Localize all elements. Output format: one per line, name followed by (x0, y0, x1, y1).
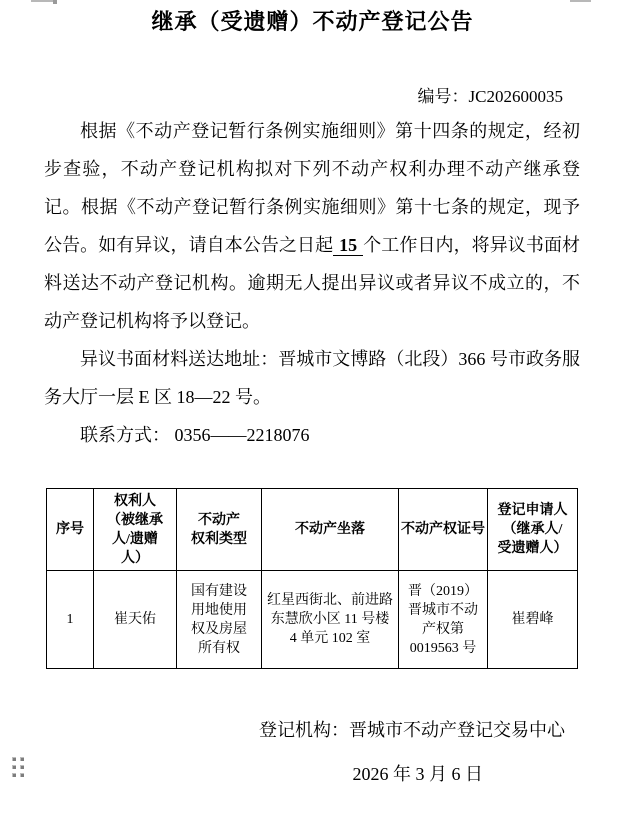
cell-cert-no: 晋（2019） 晋城市不动 产权第 0019563 号 (399, 571, 488, 669)
objection-days-value: 15 (333, 235, 363, 256)
drag-handle-icon[interactable] (12, 757, 24, 777)
doc-number: 编号：JC202600035 (0, 88, 625, 106)
cell-applicant: 崔碧峰 (488, 571, 578, 669)
ruler-fragment-left-icon (31, 0, 53, 2)
paragraph-address: 异议书面材料送达地址：晋城市文博路（北段）366 号市政务服务大厅一层 E 区 … (44, 340, 580, 416)
table-row: 1 崔天佑 国有建设 用地使用 权及房屋 所有权 红星西街北、前进路 东慧欣小区… (47, 571, 578, 669)
header-location: 不动产坐落 (262, 489, 399, 571)
cell-holder: 崔天佑 (94, 571, 177, 669)
cell-right-type: 国有建设 用地使用 权及房屋 所有权 (177, 571, 262, 669)
cell-seq: 1 (47, 571, 94, 669)
paragraph-contact: 联系方式： 0356——2218076 (44, 416, 580, 454)
registration-table: 序号 权利人 （被继承 人/遗赠 人） 不动产 权利类型 不动产坐落 不动产权证… (46, 488, 578, 669)
table-header-row: 序号 权利人 （被继承 人/遗赠 人） 不动产 权利类型 不动产坐落 不动产权证… (47, 489, 578, 571)
header-applicant: 登记申请人 （继承人/ 受遗赠人） (488, 489, 578, 571)
footer-date: 2026 年 3 月 6 日 (0, 763, 625, 785)
header-seq: 序号 (47, 489, 94, 571)
footer-registration-org: 登记机构：晋城市不动产登记交易中心 (0, 719, 625, 741)
header-right-type: 不动产 权利类型 (177, 489, 262, 571)
notice-body: 根据《不动产登记暂行条例实施细则》第十四条的规定，经初步查验，不动产登记机构拟对… (44, 112, 580, 454)
cell-location: 红星西街北、前进路 东慧欣小区 11 号楼 4 单元 102 室 (262, 571, 399, 669)
header-holder: 权利人 （被继承 人/遗赠 人） (94, 489, 177, 571)
paragraph-main: 根据《不动产登记暂行条例实施细则》第十四条的规定，经初步查验，不动产登记机构拟对… (44, 112, 580, 340)
page-title: 继承（受遗赠）不动产登记公告 (0, 8, 625, 36)
header-cert-no: 不动产权证号 (399, 489, 488, 571)
ruler-fragment-right-icon (570, 0, 591, 2)
